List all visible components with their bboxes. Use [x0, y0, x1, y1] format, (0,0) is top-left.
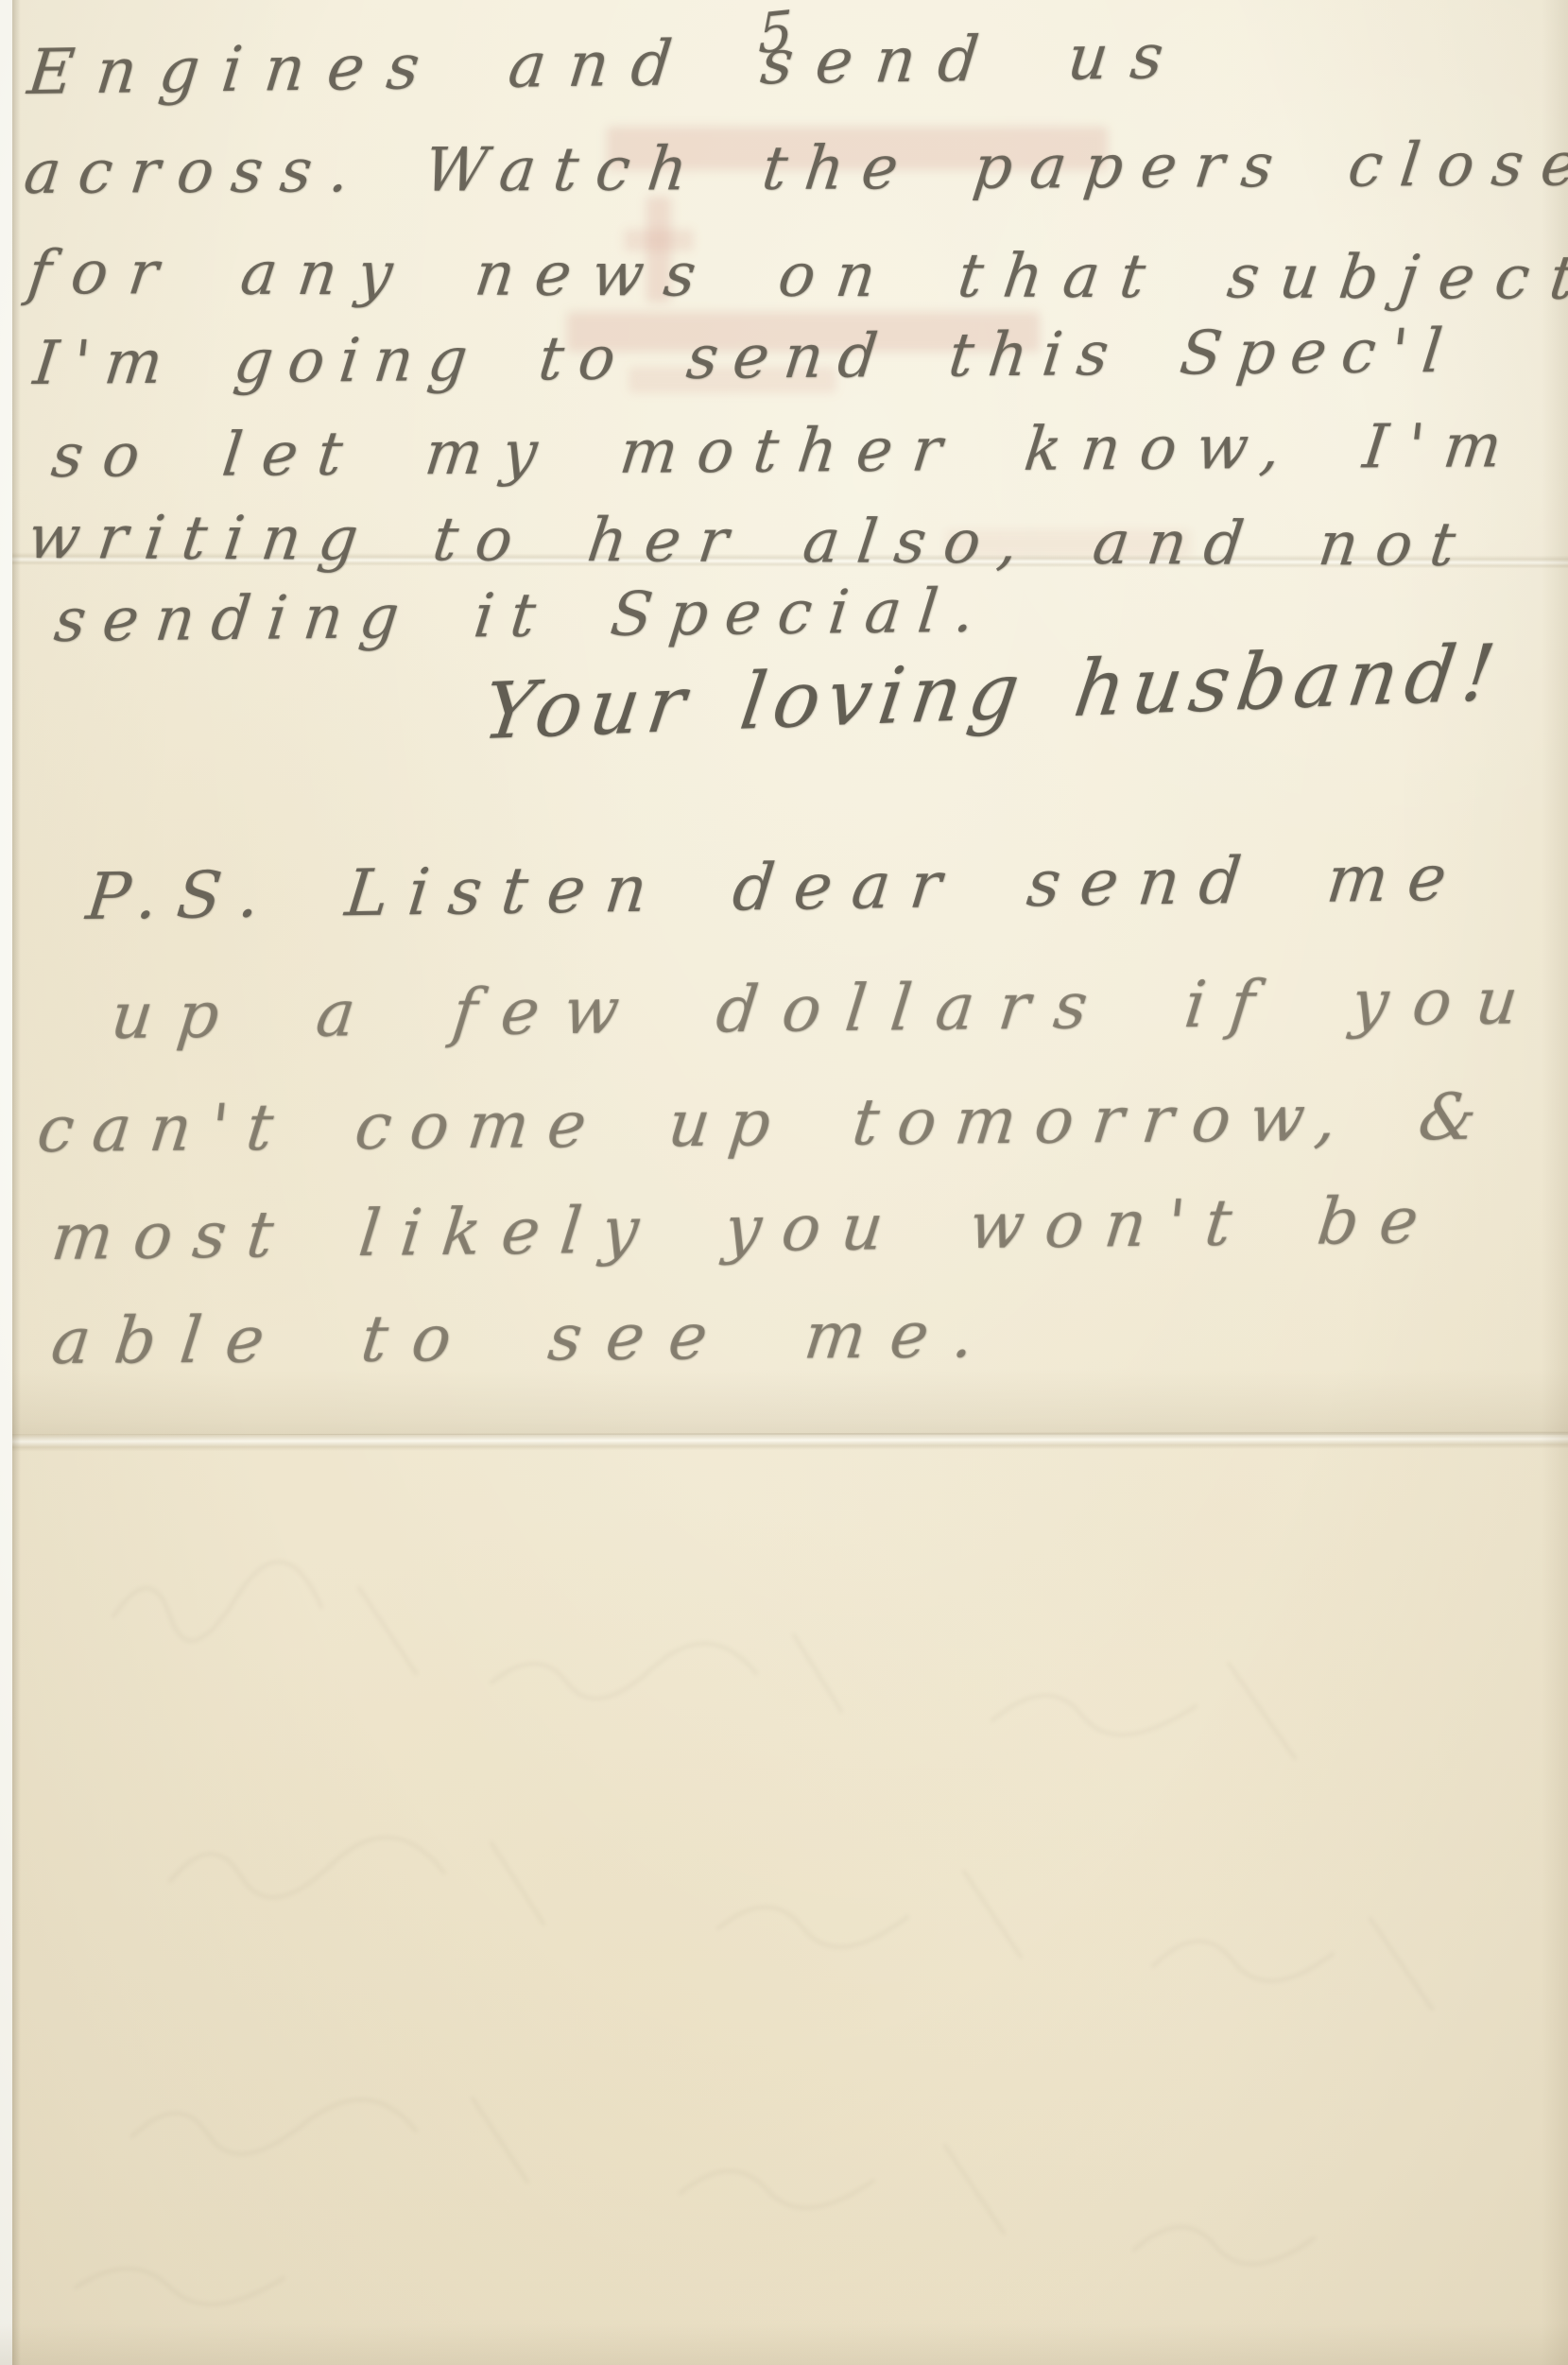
fold-crease-bottom-shadow: [0, 1369, 1568, 1435]
handwriting-line-2: across. Watch the papers close: [21, 129, 1568, 208]
handwriting-line-4: I'm going to send this Spec'l: [30, 317, 1461, 399]
scan-edge-left: [0, 0, 12, 2365]
handwriting-line-1: Engines and send us: [25, 20, 1190, 109]
ps-line-4: most likely you won't be: [48, 1183, 1443, 1275]
scanned-letter-page: 5 Engines and send us across. Watch the …: [0, 0, 1568, 2365]
handwriting-line-3: for any news on that subject: [24, 238, 1568, 314]
handwriting-line-7: sending it Special.: [51, 577, 995, 656]
paper-edge-right-shading: [1542, 0, 1568, 2365]
ps-line-1: P.S. Listen dear send me: [83, 841, 1470, 935]
handwriting-line-6: writing to her also, and not: [24, 503, 1476, 580]
ps-line-2: up a few dollars if you: [108, 964, 1546, 1054]
fold-crease-bottom: [0, 1431, 1568, 1451]
ps-line-3: can't come up tomorrow, &: [33, 1080, 1499, 1168]
ps-line-5: able to see me.: [47, 1298, 1002, 1379]
paper-edge-bottom-shading: [0, 2323, 1568, 2365]
ghost-writing-showthrough: [0, 1475, 1568, 2363]
scan-edge-left-shadow: [12, 0, 21, 2365]
handwriting-line-5: so let my mother know, I'm: [48, 411, 1525, 492]
